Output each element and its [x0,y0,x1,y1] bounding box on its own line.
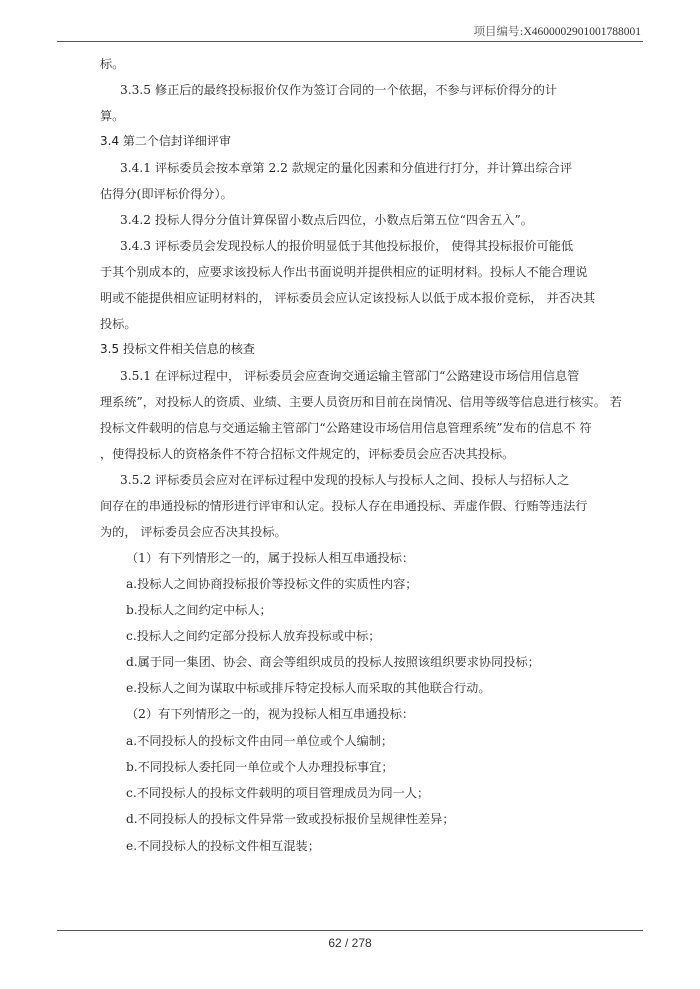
paragraph-line: 3.4.3 评标委员会发现投标人的报价明显低于其他投标报价， 使得其投标报价可能… [120,238,573,254]
paragraph-line: 为的， 评标委员会应否决其投标。 [100,524,287,540]
paragraph-line: 3.4.2 投标人得分分值计算保留小数点后四位，小数点后第五位“四舍五入”。 [120,212,533,228]
list-item: c.投标人之间约定部分投标人放弃投标或中标； [126,628,380,644]
footer-divider [57,930,643,931]
list-item: a.不同投标人的投标文件由同一单位或个人编制； [126,733,393,749]
list-item: d.属于同一集团、协会、商会等组织成员的投标人按照该组织要求协同投标； [126,654,540,670]
list-item: （1）有下列情形之一的，属于投标人相互串通投标： [126,550,414,566]
paragraph-line: 于其个别成本的，应要求该投标人作出书面说明并提供相应的证明材料。投标人不能合理说 [100,264,588,280]
list-item: a.投标人之间协商投标报价等投标文件的实质性内容； [126,576,417,592]
page-number: 62 / 278 [0,936,700,950]
project-number-value: X4600002901001788001 [523,26,641,38]
section-heading: 3.5 投标文件相关信息的核查 [100,341,255,357]
list-item: d.不同投标人的投标文件异常一致或投标报价呈规律性差异； [126,811,455,827]
section-heading: 3.4 第二个信封详细评审 [100,133,231,149]
paragraph-line: 标。 [100,56,124,72]
paragraph-line: 3.3.5 修正后的最终投标报价仅作为签订合同的一个依据，不参与评标价得分的计 [120,82,557,98]
paragraph-line: 3.4.1 评标委员会按本章第 2.2 款规定的量化因素和分值进行打分，并计算出… [120,160,572,176]
list-item: b.不同投标人委托同一单位或个人办理投标事宜； [126,759,394,775]
page-header: 项目编号:X4600002901001788001 [57,21,643,42]
list-item: b.投标人之间约定中标人； [126,602,272,618]
paragraph-line: ，使得投标人的资格条件不符合招标文件规定的，评标委员会应否决其投标。 [100,446,514,462]
paragraph-line: 3.5.2 评标委员会应对在评标过程中发现的投标人与投标人之间、投标人与招标人之 [120,472,569,488]
list-item: （2）有下列情形之一的，视为投标人相互串通投标： [126,706,414,722]
list-item: c.不同投标人的投标文件载明的项目管理成员为同一人； [126,785,429,801]
project-number-label: 项目编号:X4600002901001788001 [474,23,641,39]
paragraph-line: 估得分(即评标价得分）。 [100,186,233,202]
paragraph-line: 投标文件载明的信息与交通运输主管部门“公路建设市场信用信息管理系统”发布的信息不… [100,420,592,436]
paragraph-line: 算。 [100,108,124,124]
project-number-caption: 项目编号: [474,24,524,38]
paragraph-line: 投标。 [100,316,137,332]
list-item: e.不同投标人的投标文件相互混装； [126,838,320,854]
paragraph-line: 明或不能提供相应证明材料的， 评标委员会应认定该投标人以低于成本报价竞标， 并否… [100,290,595,306]
paragraph-line: 理系统”，对投标人的资质、业绩、主要人员资历和目前在岗情况、信用等级等信息进行核… [100,394,622,410]
paragraph-line: 间存在的串通投标的情形进行评审和认定。投标人存在串通投标、弄虚作假、行贿等违法行 [100,498,588,514]
list-item: e.投标人之间为谋取中标或排斥特定投标人而采取的其他联合行动。 [126,680,491,696]
paragraph-line: 3.5.1 在评标过程中， 评标委员会应查询交通运输主管部门“公路建设市场信用信… [120,368,579,384]
